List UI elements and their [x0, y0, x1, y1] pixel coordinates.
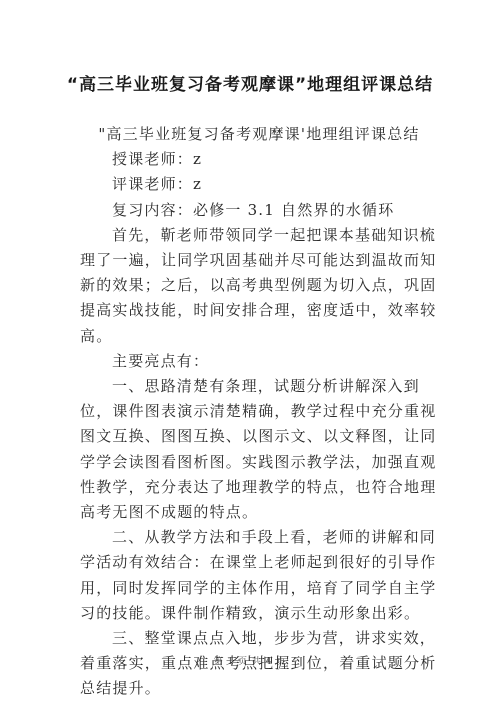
document-page: “高三毕业班复习备考观摩课”地理组评课总结 "高三毕业班复习备考观摩课'地理组评… — [0, 0, 500, 707]
document-subtitle: "高三毕业班复习备考观摩课'地理组评课总结 — [80, 122, 438, 147]
reviewer-line: 评课老师：z — [80, 172, 438, 197]
page-number-footer: 第 1 页 共 4 页 — [0, 654, 500, 667]
paragraph-point-1: 一、思路清楚有条理，试题分析讲解深入到位，课件图表演示清楚精确，教学过程中充分重… — [80, 374, 438, 525]
document-body: "高三毕业班复习备考观摩课'地理组评课总结 授课老师：z 评课老师：z 复习内容… — [80, 122, 438, 702]
review-content-line: 复习内容：必修一 3.1 自然界的水循环 — [80, 198, 438, 223]
paragraph-intro: 首先，靳老师带领同学一起把课本基础知识梳理了一遍，让同学巩固基础并尽可能达到温故… — [80, 223, 438, 349]
paragraph-point-2: 二、从教学方法和手段上看，老师的讲解和同学活动有效结合：在课堂上老师起到很好的引… — [80, 525, 438, 626]
teacher-line: 授课老师：z — [80, 147, 438, 172]
highlights-heading: 主要亮点有： — [80, 349, 438, 374]
document-title: “高三毕业班复习备考观摩课”地理组评课总结 — [0, 70, 500, 95]
